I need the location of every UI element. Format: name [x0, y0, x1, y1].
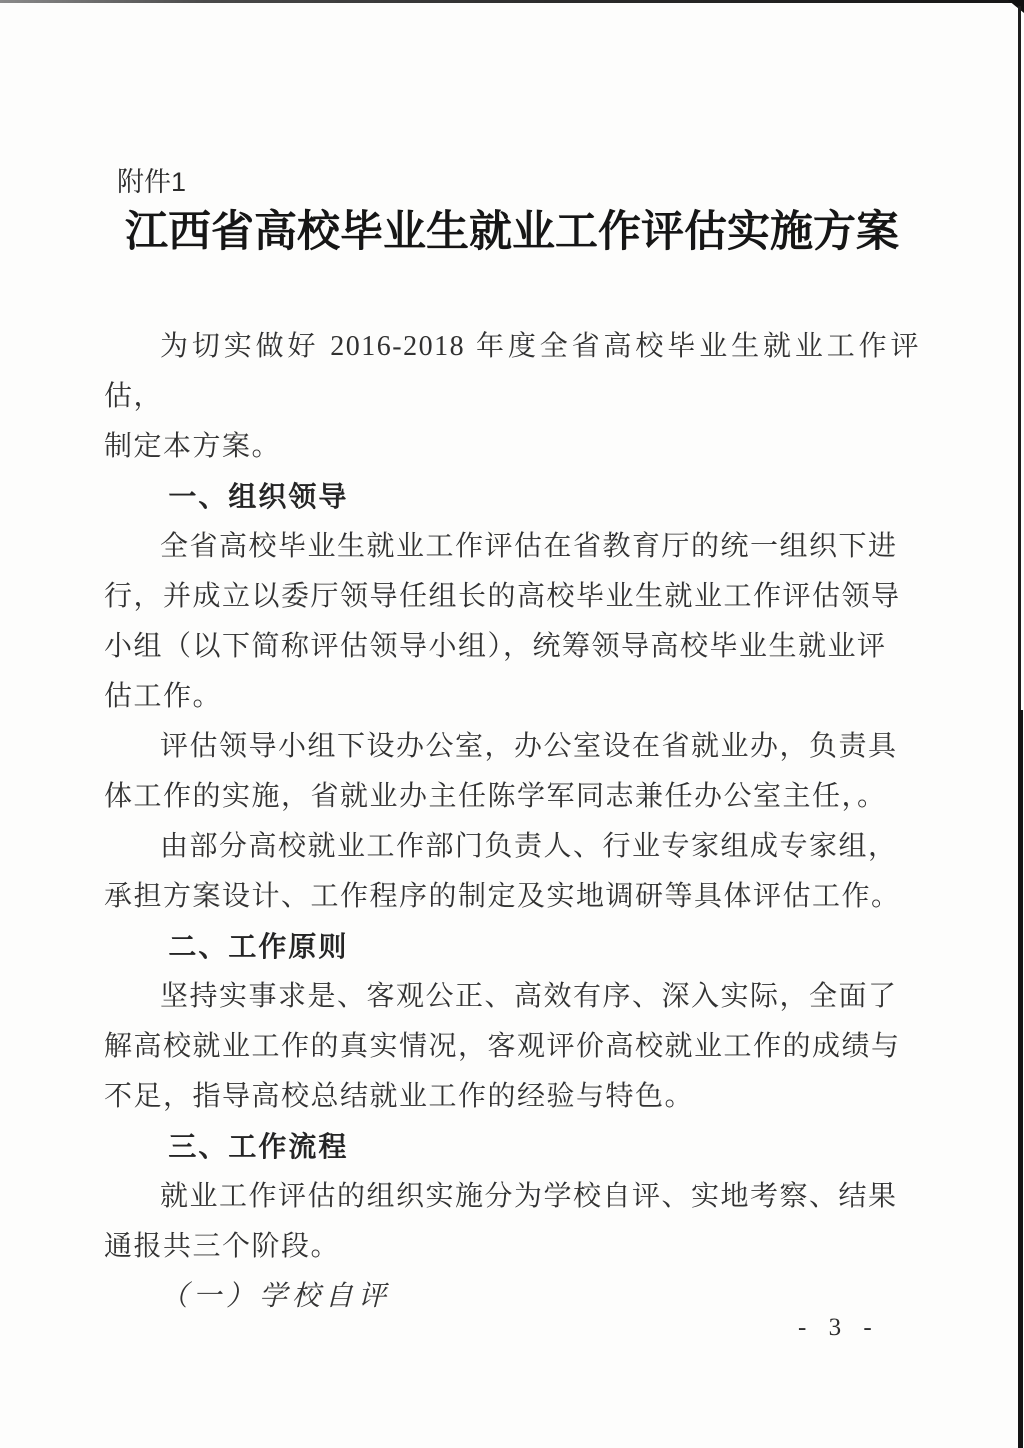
scan-edge-top-line [0, 0, 1024, 3]
intro-paragraph: 为切实做好 2016-2018 年度全省高校毕业生就业工作评估， 制定本方案。 [104, 322, 920, 472]
section-1-paragraph-2: 评估领导小组下设办公室，办公室设在省就业办，负责具 体工作的实施，省就业办主任陈… [104, 722, 920, 822]
section-2-heading: 二、工作原则 [104, 922, 920, 972]
section-3-paragraph-1: 就业工作评估的组织实施分为学校自评、实地考察、结果 通报共三个阶段。 [104, 1172, 920, 1272]
document-body: 为切实做好 2016-2018 年度全省高校毕业生就业工作评估， 制定本方案。 … [104, 322, 920, 1322]
section-3-heading: 三、工作流程 [104, 1122, 920, 1172]
section-1-paragraph-1: 全省高校毕业生就业工作评估在省教育厅的统一组织下进 行，并成立以委厅领导任组长的… [104, 522, 920, 722]
page-number: - 3 - [798, 1313, 880, 1343]
section-2-paragraph-1: 坚持实事求是、客观公正、高效有序、深入实际，全面了 解高校就业工作的真实情况，客… [104, 972, 920, 1122]
scan-corner-artifact [1008, 0, 1024, 13]
attachment-label: 附件1 [117, 166, 186, 198]
scan-edge-right-line-lower [1018, 710, 1023, 1448]
section-1-heading: 一、组织领导 [104, 472, 920, 522]
document-title: 江西省高校毕业生就业工作评估实施方案 [104, 207, 920, 259]
section-1-paragraph-3: 由部分高校就业工作部门负责人、行业专家组成专家组， 承担方案设计、工作程序的制定… [104, 822, 920, 922]
scanned-document-page: 附件1 江西省高校毕业生就业工作评估实施方案 为切实做好 2016-2018 年… [0, 0, 1024, 1448]
